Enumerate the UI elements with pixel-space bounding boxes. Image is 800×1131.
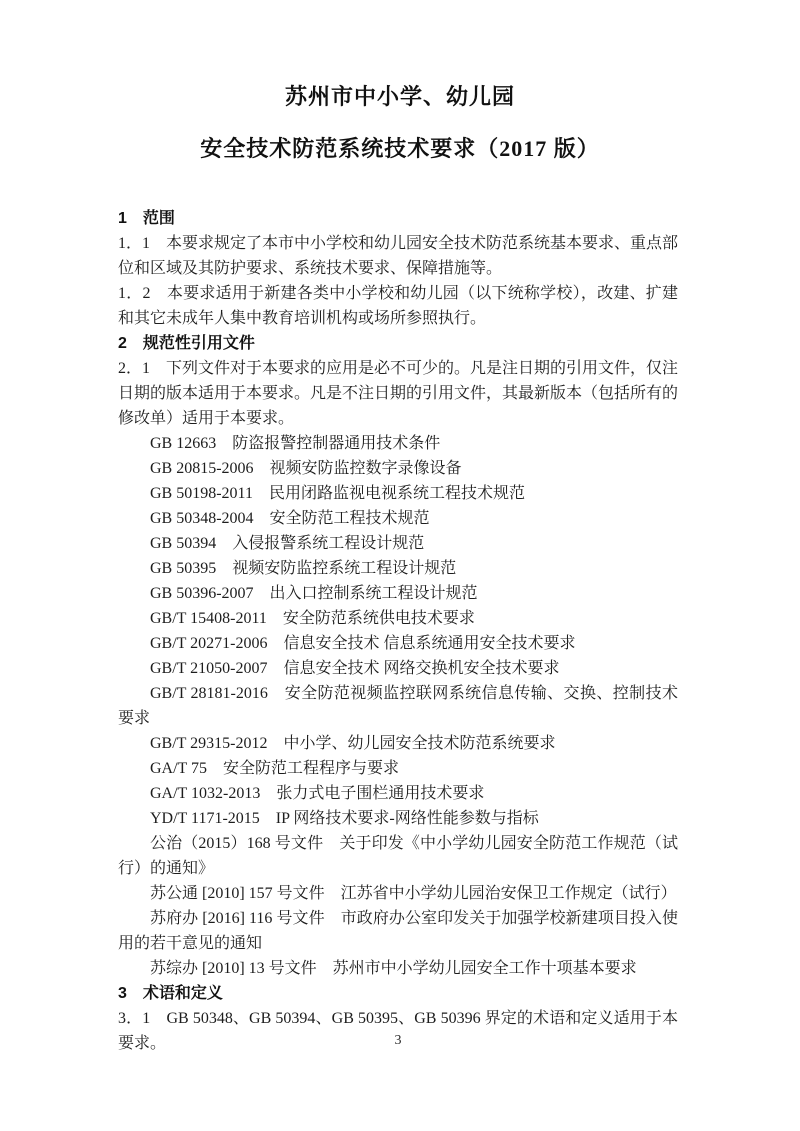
reference-item: GB 50348-2004 安全防范工程技术规范 — [118, 506, 678, 531]
reference-item: 苏府办 [2016] 116 号文件 市政府办公室印发关于加强学校新建项目投入使… — [118, 906, 678, 956]
reference-item: GB 50395 视频安防监控系统工程设计规范 — [118, 556, 678, 581]
reference-item: 苏综办 [2010] 13 号文件 苏州市中小学幼儿园安全工作十项基本要求 — [118, 956, 678, 981]
document-body: 1 范围 1．1 本要求规定了本市中小学校和幼儿园安全技术防范系统基本要求、重点… — [118, 206, 678, 1056]
reference-item: GB/T 20271-2006 信息安全技术 信息系统通用安全技术要求 — [118, 631, 678, 656]
reference-item: GB/T 29315-2012 中小学、幼儿园安全技术防范系统要求 — [118, 731, 678, 756]
reference-item: 公治（2015）168 号文件 关于印发《中小学幼儿园安全防范工作规范（试行）的… — [118, 831, 678, 881]
reference-item: GB 20815-2006 视频安防监控数字录像设备 — [118, 456, 678, 481]
reference-item: GB/T 28181-2016 安全防范视频监控联网系统信息传输、交换、控制技术… — [118, 681, 678, 731]
clause-2-1: 2．1 下列文件对于本要求的应用是必不可少的。凡是注日期的引用文件，仅注日期的版… — [118, 356, 678, 431]
reference-item: YD/T 1171-2015 IP 网络技术要求-网络性能参数与指标 — [118, 806, 678, 831]
reference-item: GA/T 75 安全防范工程程序与要求 — [118, 756, 678, 781]
reference-item: GB/T 15408-2011 安全防范系统供电技术要求 — [118, 606, 678, 631]
page-number: 3 — [118, 1032, 678, 1050]
title-line-1: 苏州市中小学、幼儿园 — [0, 82, 800, 112]
reference-item: GB 50396-2007 出入口控制系统工程设计规范 — [118, 581, 678, 606]
reference-item: GB 12663 防盗报警控制器通用技术条件 — [118, 431, 678, 456]
reference-item: GB 50394 入侵报警系统工程设计规范 — [118, 531, 678, 556]
reference-item: GA/T 1032-2013 张力式电子围栏通用技术要求 — [118, 781, 678, 806]
reference-item: 苏公通 [2010] 157 号文件 江苏省中小学幼儿园治安保卫工作规定（试行） — [118, 881, 678, 906]
document-title: 苏州市中小学、幼儿园 安全技术防范系统技术要求（2017 版） — [0, 0, 800, 164]
reference-item: GB 50198-2011 民用闭路监视电视系统工程技术规范 — [118, 481, 678, 506]
section-1-heading: 1 范围 — [118, 206, 678, 231]
title-line-2: 安全技术防范系统技术要求（2017 版） — [0, 134, 800, 164]
clause-1-1: 1．1 本要求规定了本市中小学校和幼儿园安全技术防范系统基本要求、重点部位和区域… — [118, 231, 678, 281]
clause-1-2: 1．2 本要求适用于新建各类中小学校和幼儿园（以下统称学校），改建、扩建和其它未… — [118, 281, 678, 331]
document-page: 苏州市中小学、幼儿园 安全技术防范系统技术要求（2017 版） 1 范围 1．1… — [0, 0, 800, 1131]
section-2-heading: 2 规范性引用文件 — [118, 331, 678, 356]
reference-item: GB/T 21050-2007 信息安全技术 网络交换机安全技术要求 — [118, 656, 678, 681]
section-3-heading: 3 术语和定义 — [118, 981, 678, 1006]
